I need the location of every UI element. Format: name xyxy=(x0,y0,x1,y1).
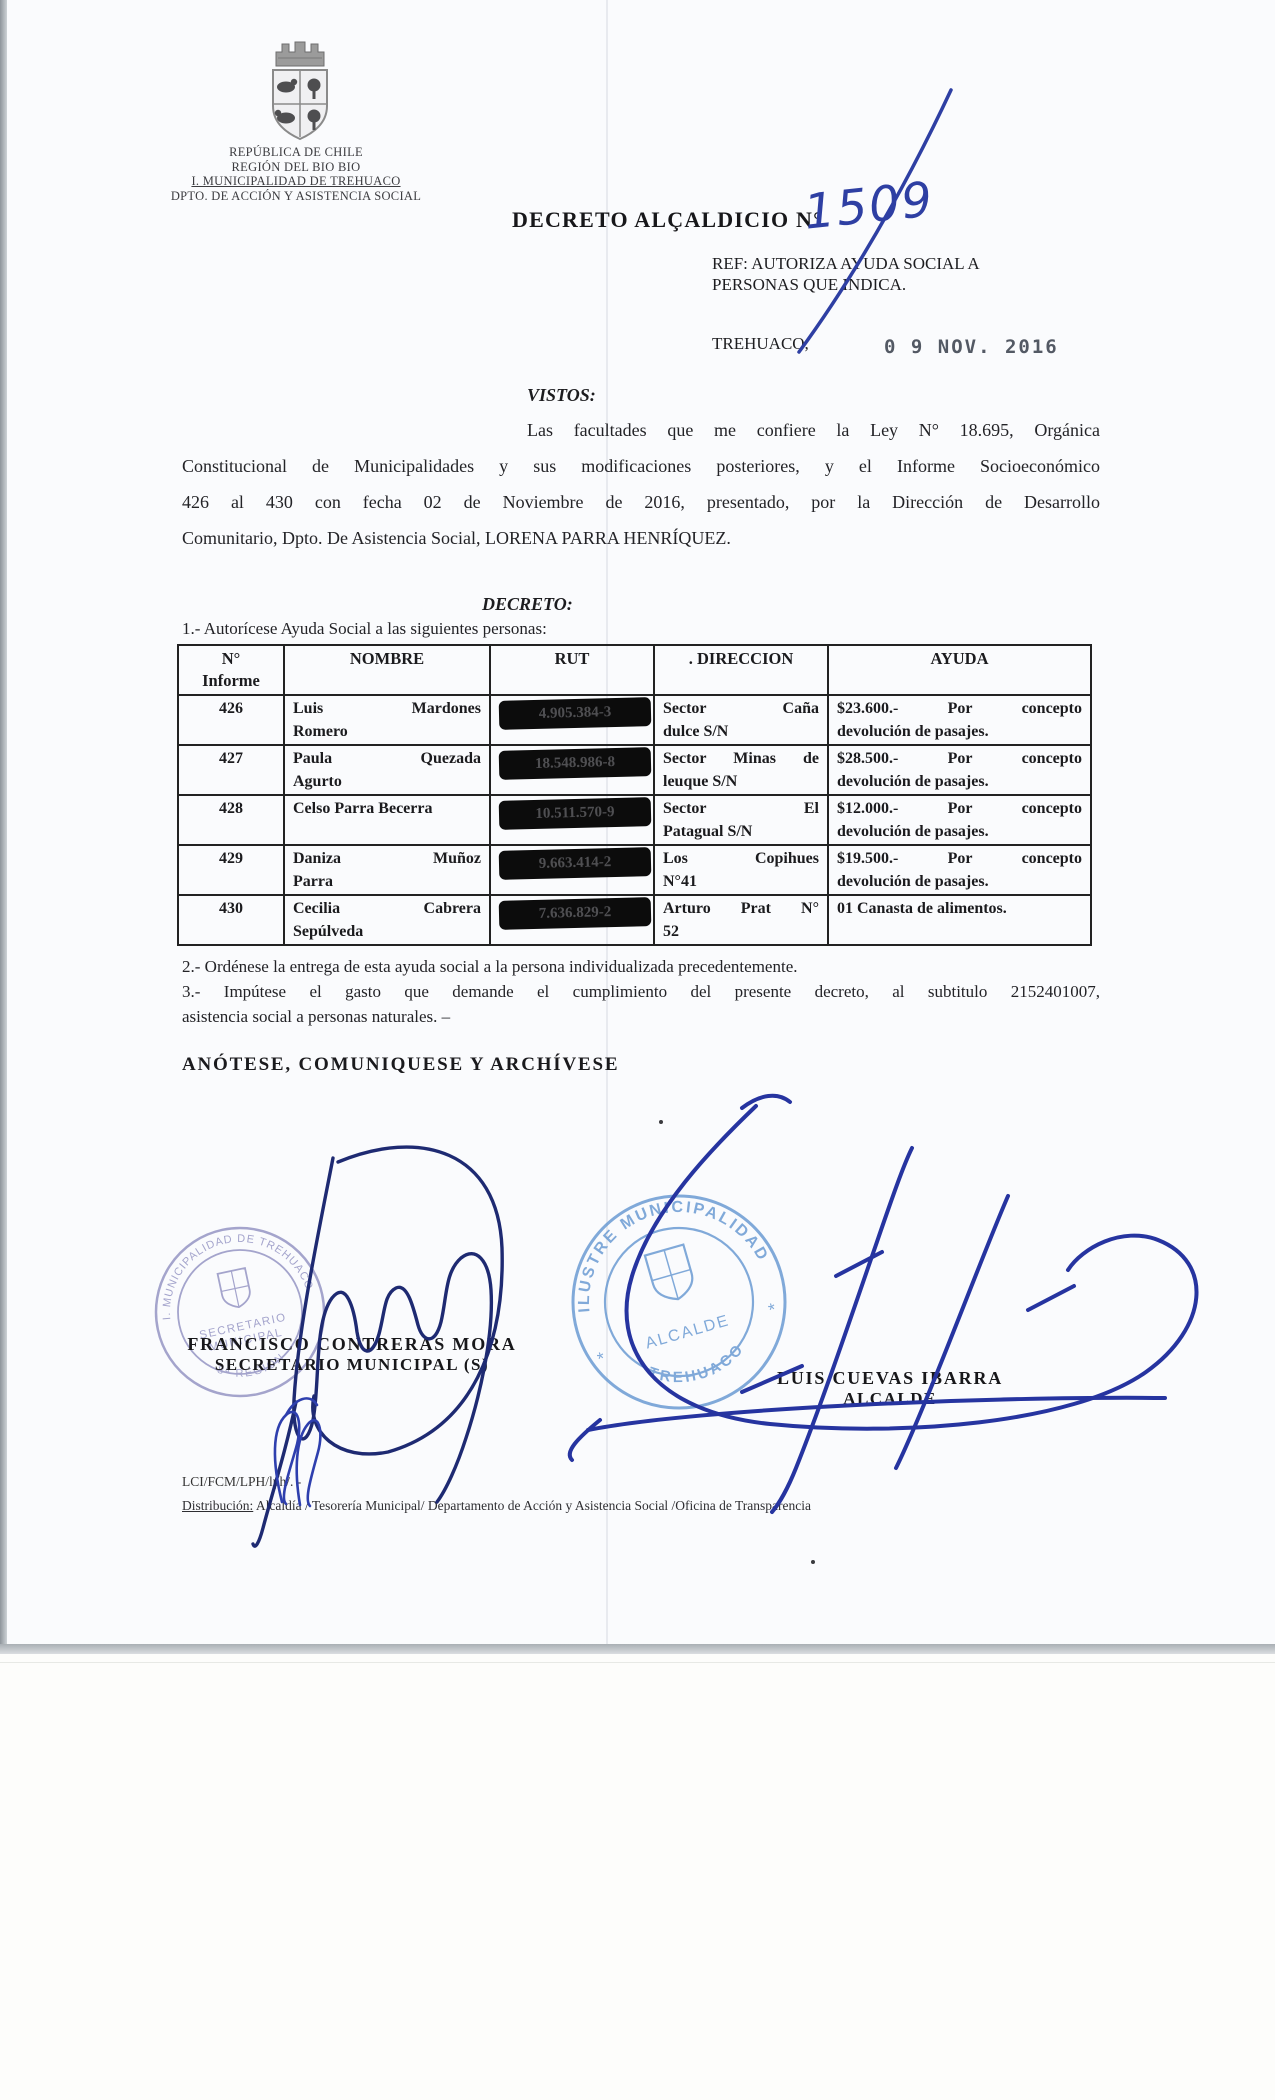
ink-overlay xyxy=(0,0,1275,2100)
handwritten-slash xyxy=(799,90,951,352)
alcalde-signature xyxy=(570,1096,1197,1512)
scanned-decree-page: REPÚBLICA DE CHILE REGIÓN DEL BIO BIO I.… xyxy=(0,0,1275,2100)
secretario-signature xyxy=(253,1147,502,1546)
